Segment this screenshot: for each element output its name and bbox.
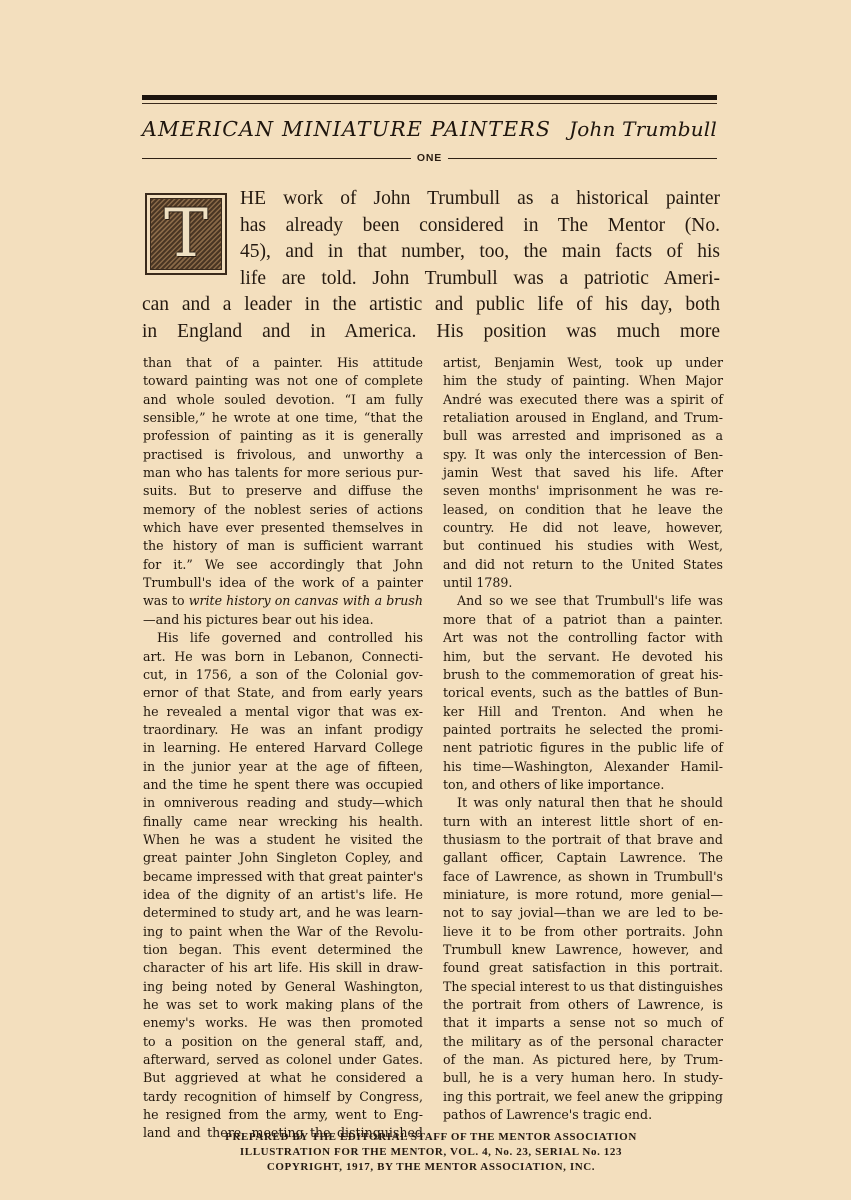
text-line: and whole souled devotion. “I am fully <box>143 391 423 409</box>
text-line: pathos of Lawrence's tragic end. <box>443 1106 723 1124</box>
text-line: painted portraits he selected the promi- <box>443 721 723 739</box>
text-line: cut, in 1756, a son of the Colonial gov- <box>143 666 423 684</box>
text-line: him, but the servant. He devoted his <box>443 648 723 666</box>
text-line: miniature, is more rotund, more genial— <box>443 886 723 904</box>
text-line: traordinary. He was an infant prodigy <box>143 721 423 739</box>
text-line: became impressed with that great painter… <box>143 868 423 886</box>
text-line: in the junior year at the age of fifteen… <box>143 758 423 776</box>
text-line: His life governed and controlled his <box>143 629 423 647</box>
text-line: that it imparts a sense not so much of <box>443 1014 723 1032</box>
text-line: suits. But to preserve and diffuse the <box>143 482 423 500</box>
text-line: for it.” We see accordingly that John <box>143 556 423 574</box>
text-line: and the time he spent there was occupied <box>143 776 423 794</box>
intro-line: HE work of John Trumbull as a historical… <box>142 186 720 213</box>
text-line: sensible,” he wrote at one time, “that t… <box>143 409 423 427</box>
part-divider: ONE <box>142 151 717 165</box>
text-line: nent patriotic figures in the public lif… <box>443 739 723 757</box>
text-line: ing this portrait, we feel anew the grip… <box>443 1088 723 1106</box>
text-line: the history of man is sufficient warrant <box>143 537 423 555</box>
text-line: turn with an interest little short of en… <box>443 813 723 831</box>
text-line: found great satisfaction in this portrai… <box>443 959 723 977</box>
text-line: not to say jovial—than we are led to be- <box>443 904 723 922</box>
text-line: until 1789. <box>443 574 723 592</box>
text-line: artist, Benjamin West, took up under <box>443 354 723 372</box>
footer-line-prepared: PREPARED BY THE EDITORIAL STAFF OF THE M… <box>142 1130 720 1145</box>
footer-line-illustration: ILLUSTRATION FOR THE MENTOR, VOL. 4, No.… <box>142 1145 720 1160</box>
text-line: of the man. As pictured here, by Trum- <box>443 1051 723 1069</box>
text-line: ton, and others of like importance. <box>443 776 723 794</box>
text-line: practised is frivolous, and unworthy a <box>143 446 423 464</box>
text-line: brush to the commemoration of great his- <box>443 666 723 684</box>
publication-footer: PREPARED BY THE EDITORIAL STAFF OF THE M… <box>142 1130 720 1175</box>
divider-line-left <box>142 158 411 159</box>
text-line: tardy recognition of himself by Congress… <box>143 1088 423 1106</box>
intro-line: 45), and in that number, too, the main f… <box>142 239 720 266</box>
series-title: AMERICAN MINIATURE PAINTERS <box>142 117 551 141</box>
text-line: to a position on the general staff, and, <box>143 1033 423 1051</box>
text-line: and did not return to the United States <box>443 556 723 574</box>
subject-name: John Trumbull <box>569 117 717 141</box>
text-line: lieve it to be from other portraits. Joh… <box>443 923 723 941</box>
text-line: Trumbull knew Lawrence, however, and <box>443 941 723 959</box>
italic-phrase: write history on canvas with a brush <box>189 593 423 608</box>
text-line: ernor of that State, and from early year… <box>143 684 423 702</box>
text-line: man who has talents for more serious pur… <box>143 464 423 482</box>
text-line: character of his art life. His skill in … <box>143 959 423 977</box>
text-line: ker Hill and Trenton. And when he <box>443 703 723 721</box>
text-line: his time—Washington, Alexander Hamil- <box>443 758 723 776</box>
text-line: The special interest to us that distingu… <box>443 978 723 996</box>
text-line: enemy's works. He was then promoted <box>143 1014 423 1032</box>
text-line: the military as of the personal characte… <box>443 1033 723 1051</box>
text-line: in learning. He entered Harvard College <box>143 739 423 757</box>
text-line: idea of the dignity of an artist's life.… <box>143 886 423 904</box>
text-line: —and his pictures bear out his idea. <box>143 611 423 629</box>
text-line: he revealed a mental vigor that was ex- <box>143 703 423 721</box>
text-line: gallant officer, Captain Lawrence. The <box>443 849 723 867</box>
document-page: AMERICAN MINIATURE PAINTERS John Trumbul… <box>0 0 851 1200</box>
text-line: ing to paint when the War of the Revolu- <box>143 923 423 941</box>
intro-paragraph: HE work of John Trumbull as a historical… <box>142 186 720 345</box>
text-line: Art was not the controlling factor with <box>443 629 723 647</box>
text-line: bull, he is a very human hero. In study- <box>443 1069 723 1087</box>
text-line: but continued his studies with West, <box>443 537 723 555</box>
text-line: tion began. This event determined the <box>143 941 423 959</box>
header-thick-rule <box>142 95 717 100</box>
text-line: It was only natural then that he should <box>443 794 723 812</box>
right-column: artist, Benjamin West, took up under him… <box>443 354 723 1124</box>
text-line: And so we see that Trumbull's life was <box>443 592 723 610</box>
text-line: profession of painting as it is generall… <box>143 427 423 445</box>
text-line: torical events, such as the battles of B… <box>443 684 723 702</box>
text-line: ing being noted by General Washington, <box>143 978 423 996</box>
left-column: than that of a painter. His attitude tow… <box>143 354 423 1143</box>
text-line: he resigned from the army, went to Eng- <box>143 1106 423 1124</box>
text-line: jamin West that saved his life. After <box>443 464 723 482</box>
text-line: country. He did not leave, however, <box>443 519 723 537</box>
header-thin-rule <box>142 103 717 104</box>
text-line: toward painting was not one of complete <box>143 372 423 390</box>
text-line: André was executed there was a spirit of <box>443 391 723 409</box>
text-line: When he was a student he visited the <box>143 831 423 849</box>
text-line: which have ever presented themselves in <box>143 519 423 537</box>
text-line: face of Lawrence, as shown in Trumbull's <box>443 868 723 886</box>
intro-line: life are told. John Trumbull was a patri… <box>142 266 720 293</box>
intro-line: can and a leader in the artistic and pub… <box>142 292 720 319</box>
intro-line: in England and in America. His position … <box>142 319 720 346</box>
text-line: Trumbull's idea of the work of a painter <box>143 574 423 592</box>
text-line: the portrait from others of Lawrence, is <box>443 996 723 1014</box>
text-line: than that of a painter. His attitude <box>143 354 423 372</box>
text-line: more that of a patriot than a painter. <box>443 611 723 629</box>
text-line: seven months' imprisonment he was re- <box>443 482 723 500</box>
text-line: thusiasm to the portrait of that brave a… <box>443 831 723 849</box>
text-line: retaliation aroused in England, and Trum… <box>443 409 723 427</box>
text-fragment: was to <box>143 593 189 608</box>
text-line: finally came near wrecking his health. <box>143 813 423 831</box>
footer-line-copyright: COPYRIGHT, 1917, BY THE MENTOR ASSOCIATI… <box>142 1160 720 1175</box>
text-line: art. He was born in Lebanon, Connecti- <box>143 648 423 666</box>
intro-line: has already been considered in The Mento… <box>142 213 720 240</box>
text-line: leased, on condition that he leave the <box>443 501 723 519</box>
part-label: ONE <box>411 152 448 164</box>
text-line: in omniverous reading and study—which <box>143 794 423 812</box>
divider-line-right <box>448 158 717 159</box>
text-line: he was set to work making plans of the <box>143 996 423 1014</box>
text-line: determined to study art, and he was lear… <box>143 904 423 922</box>
text-line: bull was arrested and imprisoned as a <box>443 427 723 445</box>
text-line: him the study of painting. When Major <box>443 372 723 390</box>
text-line: But aggrieved at what he considered a <box>143 1069 423 1087</box>
text-line: afterward, served as colonel under Gates… <box>143 1051 423 1069</box>
text-line: memory of the noblest series of actions <box>143 501 423 519</box>
text-line: spy. It was only the intercession of Ben… <box>443 446 723 464</box>
text-line: great painter John Singleton Copley, and <box>143 849 423 867</box>
text-line-with-italic: was to write history on canvas with a br… <box>143 592 423 610</box>
running-header: AMERICAN MINIATURE PAINTERS John Trumbul… <box>142 117 717 147</box>
